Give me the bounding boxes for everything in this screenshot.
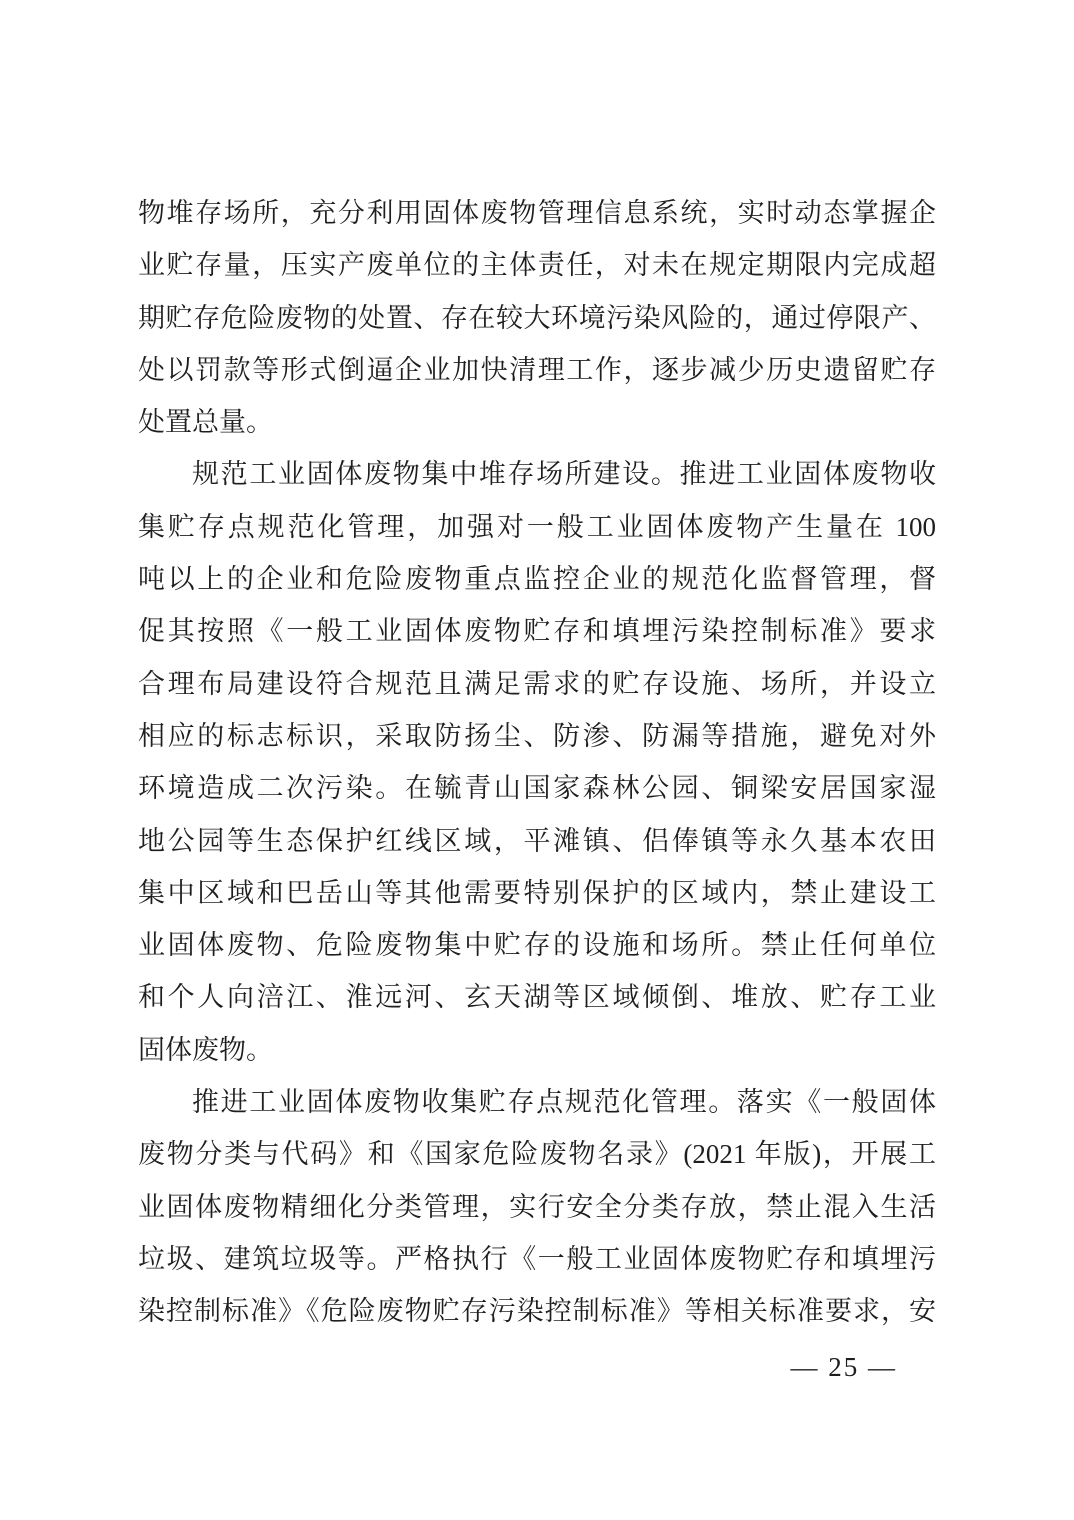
document-page: 物堆存场所，充分利用固体废物管理信息系统，实时动态掌握企业贮存量，压实产废单位的… xyxy=(0,0,1074,1520)
text-line: 集贮存点规范化管理，加强对一般工业固体废物产生量在 100 xyxy=(138,501,936,553)
text-line: 相应的标志标识，采取防扬尘、防渗、防漏等措施，避免对外 xyxy=(138,710,936,762)
text-line: 处置总量。 xyxy=(138,396,936,448)
text-line: 期贮存危险废物的处置、存在较大环境污染风险的，通过停限产、 xyxy=(138,292,936,344)
text-line: 染控制标准》《危险废物贮存污染控制标准》等相关标准要求，安 xyxy=(138,1285,936,1337)
text-line: 规范工业固体废物集中堆存场所建设。推进工业固体废物收 xyxy=(138,448,936,500)
paragraph-1: 物堆存场所，充分利用固体废物管理信息系统，实时动态掌握企业贮存量，压实产废单位的… xyxy=(138,187,936,448)
paragraph-3: 推进工业固体废物收集贮存点规范化管理。落实《一般固体废物分类与代码》和《国家危险… xyxy=(138,1076,936,1337)
text-line: 吨以上的企业和危险废物重点监控企业的规范化监督管理，督 xyxy=(138,553,936,605)
page-number: — 25 — xyxy=(791,1347,898,1387)
text-line: 业贮存量，压实产废单位的主体责任，对未在规定期限内完成超 xyxy=(138,239,936,291)
text-line: 地公园等生态保护红线区域，平滩镇、侣俸镇等永久基本农田 xyxy=(138,815,936,867)
document-body: 物堆存场所，充分利用固体废物管理信息系统，实时动态掌握企业贮存量，压实产废单位的… xyxy=(138,187,936,1338)
text-line: 促其按照《一般工业固体废物贮存和填埋污染控制标准》要求 xyxy=(138,605,936,657)
text-line: 和个人向涪江、淮远河、玄天湖等区域倾倒、堆放、贮存工业 xyxy=(138,971,936,1023)
text-line: 物堆存场所，充分利用固体废物管理信息系统，实时动态掌握企 xyxy=(138,187,936,239)
text-line: 垃圾、建筑垃圾等。严格执行《一般工业固体废物贮存和填埋污 xyxy=(138,1233,936,1285)
text-line: 处以罚款等形式倒逼企业加快清理工作，逐步减少历史遗留贮存 xyxy=(138,344,936,396)
paragraph-2: 规范工业固体废物集中堆存场所建设。推进工业固体废物收集贮存点规范化管理，加强对一… xyxy=(138,448,936,1076)
text-line: 合理布局建设符合规范且满足需求的贮存设施、场所，并设立 xyxy=(138,658,936,710)
text-line: 业固体废物、危险废物集中贮存的设施和场所。禁止任何单位 xyxy=(138,919,936,971)
text-line: 推进工业固体废物收集贮存点规范化管理。落实《一般固体 xyxy=(138,1076,936,1128)
text-line: 环境造成二次污染。在毓青山国家森林公园、铜梁安居国家湿 xyxy=(138,762,936,814)
text-line: 废物分类与代码》和《国家危险废物名录》(2021 年版)，开展工 xyxy=(138,1128,936,1180)
text-line: 集中区域和巴岳山等其他需要特别保护的区域内，禁止建设工 xyxy=(138,867,936,919)
text-line: 固体废物。 xyxy=(138,1024,936,1076)
text-line: 业固体废物精细化分类管理，实行安全分类存放，禁止混入生活 xyxy=(138,1181,936,1233)
